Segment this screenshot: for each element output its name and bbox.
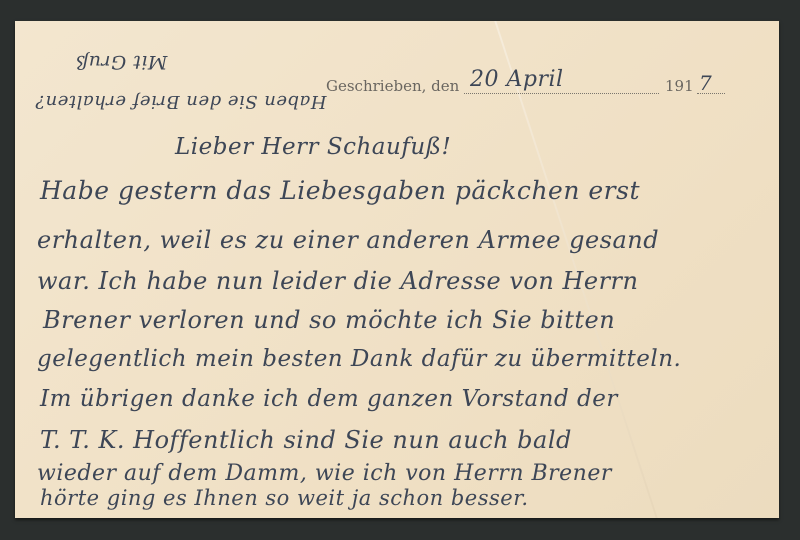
- postcard: Mit Gruß Haben Sie den Brief erhalten? G…: [15, 21, 779, 518]
- form-label: Geschrieben, den: [326, 77, 459, 95]
- body-line-4: Brener verloren und so möchte ich Sie bi…: [43, 306, 615, 334]
- body-line-5: gelegentlich mein besten Dank dafür zu ü…: [37, 346, 681, 372]
- body-line-1: Habe gestern das Liebesgaben päckchen er…: [40, 176, 640, 205]
- salutation: Lieber Herr Schaufuß!: [175, 134, 451, 160]
- year-printed: 191: [665, 77, 694, 95]
- body-line-2: erhalten, weil es zu einer anderen Armee…: [37, 226, 659, 254]
- year-line: [697, 93, 725, 94]
- date-line: [464, 93, 659, 94]
- year-digit: 7: [699, 71, 712, 95]
- body-line-7: T. T. K. Hoffentlich sind Sie nun auch b…: [40, 426, 572, 454]
- body-line-9: hörte ging es Ihnen so weit ja schon bes…: [40, 486, 529, 510]
- handwritten-date: 20 April: [470, 67, 564, 92]
- upside-down-note-line-2: Haben Sie den Brief erhalten?: [35, 91, 326, 112]
- body-line-3: war. Ich habe nun leider die Adresse von…: [37, 267, 638, 295]
- upside-down-note-line-1: Mit Gruß: [75, 51, 167, 73]
- body-line-8: wieder auf dem Damm, wie ich von Herrn B…: [37, 461, 612, 486]
- body-line-6: Im übrigen danke ich dem ganzen Vorstand…: [40, 386, 618, 412]
